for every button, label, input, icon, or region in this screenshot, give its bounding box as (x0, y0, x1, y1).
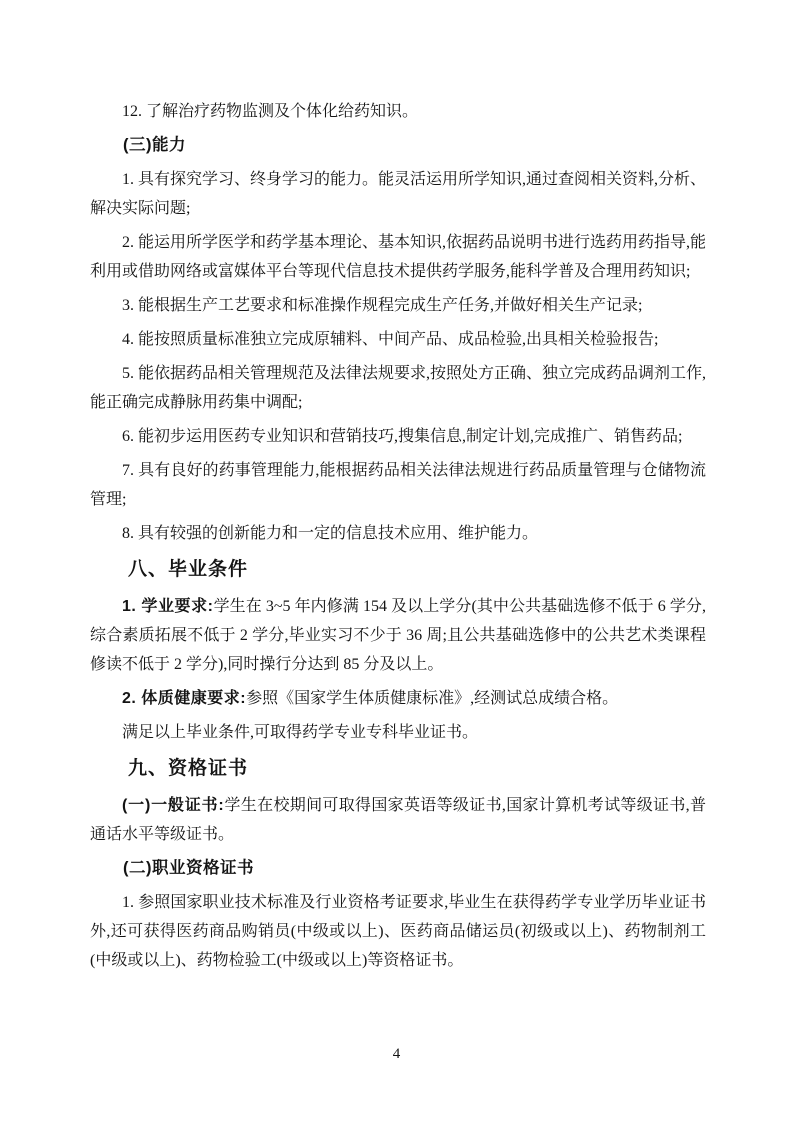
paragraph-graduation-summary: 满足以上毕业条件,可取得药学专业专科毕业证书。 (90, 718, 706, 747)
paragraph-label: (一)一般证书: (122, 797, 224, 814)
paragraph-text: 参照《国家学生体质健康标准》,经测试总成绩合格。 (246, 690, 618, 707)
paragraph-ability-2: 2. 能运用所学医学和药学基本理论、基本知识,依据药品说明书进行选药用药指导,能… (90, 228, 706, 286)
page-content: 12. 了解治疗药物监测及个体化给药知识。 (三)能力 1. 具有探究学习、终身… (90, 97, 706, 980)
paragraph-label: 1. 学业要求: (122, 598, 214, 615)
paragraph-vocational-certificates: 1. 参照国家职业技术标准及行业资格考证要求,毕业生在获得药学专业学历毕业证书外… (90, 888, 706, 975)
subsection-heading-vocational-certificates: (二)职业资格证书 (90, 854, 706, 883)
document-page: 12. 了解治疗药物监测及个体化给药知识。 (三)能力 1. 具有探究学习、终身… (0, 0, 793, 1122)
paragraph-ability-3: 3. 能根据生产工艺要求和标准操作规程完成生产任务,并做好相关生产记录; (90, 291, 706, 320)
paragraph-fitness-requirement: 2. 体质健康要求:参照《国家学生体质健康标准》,经测试总成绩合格。 (90, 684, 706, 713)
section-heading-graduation-requirements: 八、毕业条件 (90, 553, 706, 587)
paragraph-ability-8: 8. 具有较强的创新能力和一定的信息技术应用、维护能力。 (90, 519, 706, 548)
page-number: 4 (0, 1044, 793, 1064)
section-heading-certificates: 九、资格证书 (90, 752, 706, 786)
paragraph-ability-1: 1. 具有探究学习、终身学习的能力。能灵活运用所学知识,通过查阅相关资料,分析、… (90, 165, 706, 223)
subsection-heading-ability: (三)能力 (90, 131, 706, 160)
paragraph-ability-5: 5. 能依据药品相关管理规范及法律法规要求,按照处方正确、独立完成药品调剂工作,… (90, 359, 706, 417)
paragraph-ability-7: 7. 具有良好的药事管理能力,能根据药品相关法律法规进行药品质量管理与仓储物流管… (90, 456, 706, 514)
paragraph-ability-4: 4. 能按照质量标准独立完成原辅料、中间产品、成品检验,出具相关检验报告; (90, 325, 706, 354)
paragraph-academic-requirement: 1. 学业要求:学生在 3~5 年内修满 154 及以上学分(其中公共基础选修不… (90, 592, 706, 679)
paragraph-label: 2. 体质健康要求: (122, 690, 246, 707)
paragraph-general-certificates: (一)一般证书:学生在校期间可取得国家英语等级证书,国家计算机考试等级证书,普通… (90, 791, 706, 849)
paragraph-item-12: 12. 了解治疗药物监测及个体化给药知识。 (90, 97, 706, 126)
paragraph-ability-6: 6. 能初步运用医药专业知识和营销技巧,搜集信息,制定计划,完成推广、销售药品; (90, 422, 706, 451)
